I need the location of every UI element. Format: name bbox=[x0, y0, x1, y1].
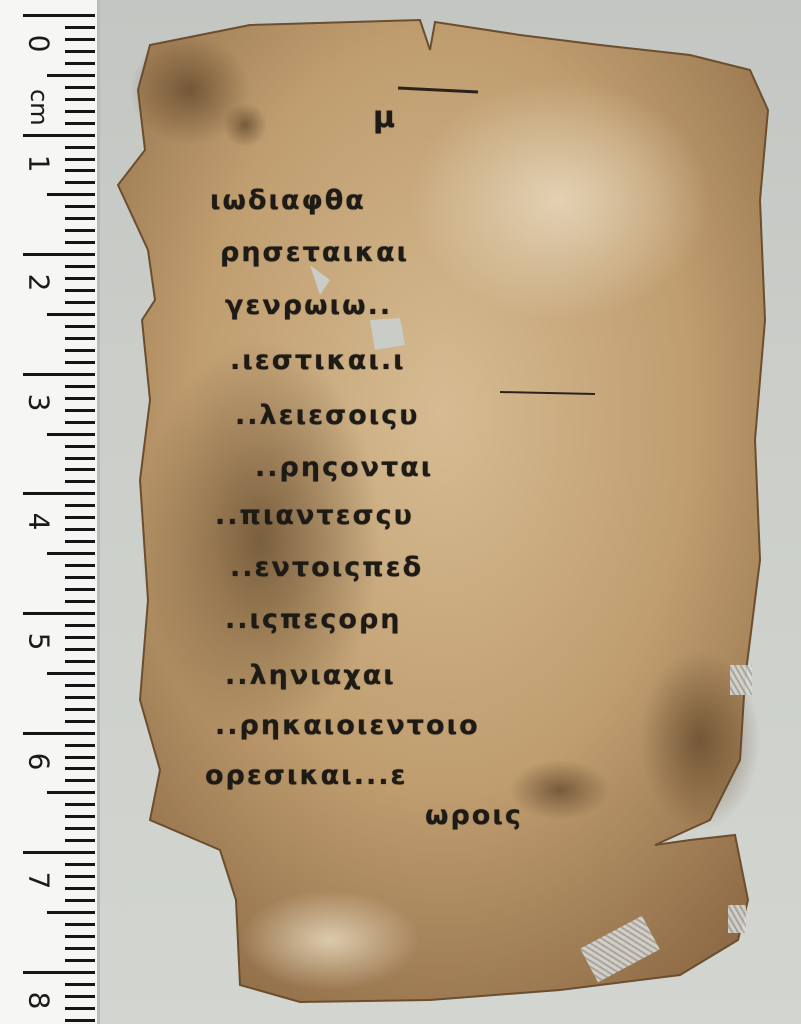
page-number: μ bbox=[373, 100, 397, 135]
manuscript-line: ορεσικαι...ε bbox=[205, 760, 408, 791]
manuscript-line: ωροις bbox=[425, 800, 523, 831]
manuscript-line: ..πιαντεσςυ bbox=[215, 500, 414, 531]
repair-tape bbox=[730, 665, 752, 695]
manuscript-line: ..ρηςονται bbox=[255, 452, 433, 483]
manuscript-line: ..λειεσοιςυ bbox=[235, 400, 420, 431]
repair-tape bbox=[728, 905, 746, 933]
manuscript-line: ..ιςπεςορη bbox=[225, 604, 402, 635]
manuscript-line: ..ληνιαχαι bbox=[225, 660, 396, 691]
manuscript-line: ..ρηκαιοιεντοιο bbox=[215, 710, 480, 741]
manuscript-line: ρησεταικαι bbox=[220, 237, 409, 268]
manuscript-line: .ιεστικαι.ι bbox=[230, 345, 406, 376]
manuscript-line: ..εντοιςπεδ bbox=[230, 552, 423, 583]
manuscript-line: ιωδιαφθα bbox=[210, 185, 366, 216]
manuscript-line: γενρωιω.. bbox=[225, 290, 392, 321]
